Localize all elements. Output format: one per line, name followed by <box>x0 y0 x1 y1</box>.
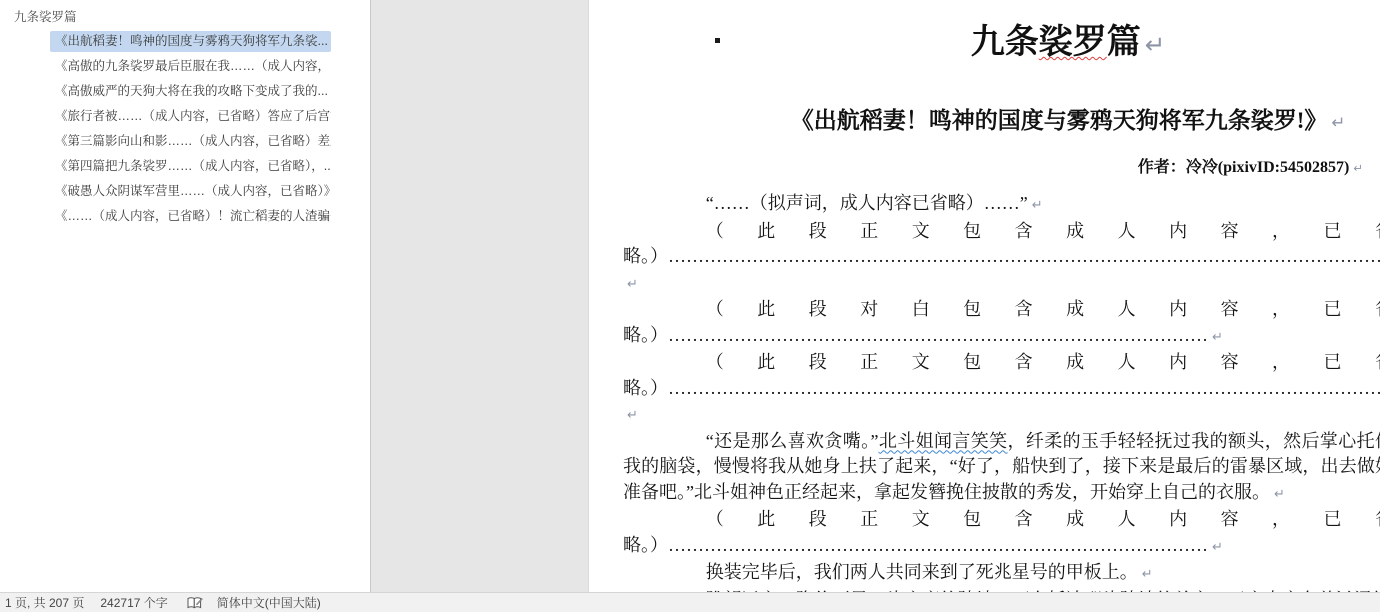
pilcrow-mark: ↵ <box>627 272 638 298</box>
text-run: 北斗姐闻言笑笑 <box>879 431 1008 451</box>
document-canvas: 九条裟罗篇↵ 《出航稻妻！鸣神的国度与雾鸦天狗将军九条裟罗!》↵ 作者：冷冷(p… <box>371 0 1380 593</box>
nav-item[interactable]: 《第四篇把九条裟罗……（成人内容，已省略），... <box>50 156 331 177</box>
text-run: 篇 <box>1107 24 1141 61</box>
pilcrow-mark: ↵ <box>627 403 638 429</box>
chapter-title: 《出航稻妻！鸣神的国度与雾鸦天狗将军九条裟罗!》↵ <box>683 106 1380 138</box>
nav-list: 《出航稻妻！鸣神的国度与雾鸦天狗将军九条裟...《高傲的九条裟罗最后臣服在我……… <box>0 31 370 227</box>
nav-item[interactable]: 《第三篇影向山和影……（成人内容，已省略）差点被发现，我变成... <box>50 131 331 152</box>
text-run: 换装完毕后，我们两人共同来到了死兆星号的甲板上。 <box>706 562 1138 582</box>
paragraph: “……（拟声词，成人内容已省略）……”↵ <box>623 191 1380 219</box>
paragraph: （此段正文包含成人内容，已省略。）……………………………………………………………… <box>623 350 1380 429</box>
nav-item[interactable]: 《高傲的九条裟罗最后臣服在我……（成人内容，已省略），... <box>50 56 331 77</box>
pilcrow-mark: ↵ <box>1032 193 1043 219</box>
pilcrow-mark: ↵ <box>1274 482 1285 508</box>
paragraph: （此段对白包含成人内容，已省略。）……………………………………………………………… <box>623 297 1380 350</box>
pilcrow-mark: ↵ <box>1212 535 1223 561</box>
pilcrow-mark: ↵ <box>1212 325 1223 351</box>
text-run: 裟罗 <box>1039 24 1107 61</box>
paragraph: “还是那么喜欢贪嘴。”北斗姐闻言笑笑，纤柔的玉手轻轻抚过我的额头，然后掌心托住我… <box>623 429 1380 508</box>
nav-item[interactable]: 《破愚人众阴谋军营里……（成人内容，已省略）》 <box>50 181 331 202</box>
language-status[interactable]: 简体中文(中国大陆) <box>215 594 323 611</box>
paragraph: 换装完毕后，我们两人共同来到了死兆星号的甲板上。↵ <box>623 560 1380 588</box>
nav-item[interactable]: 《高傲威严的天狗大将在我的攻略下变成了我的... <box>50 81 331 102</box>
pilcrow-mark: ↵ <box>1142 562 1153 588</box>
page-number-status[interactable]: 1 页, 共 207 页 <box>3 594 86 611</box>
text-run: “还是那么喜欢贪嘴。” <box>706 431 879 451</box>
text-run: （此段正文包含成人内容，已省略。）……………………………………………………………… <box>623 509 1380 555</box>
proofing-errors-icon[interactable] <box>186 596 203 610</box>
document-page[interactable]: 九条裟罗篇↵ 《出航稻妻！鸣神的国度与雾鸦天狗将军九条裟罗!》↵ 作者：冷冷(p… <box>588 0 1380 593</box>
body-paragraphs: “……（拟声词，成人内容已省略）……”↵（此段正文包含成人内容，已省略。）………… <box>623 191 1380 593</box>
status-bar: 1 页, 共 207 页 242717 个字 简体中文(中国大陆) <box>0 592 1380 612</box>
text-run: （此段对白包含成人内容，已省略。）……………………………………………………………… <box>623 299 1380 345</box>
text-run: （此段正文包含成人内容，已省略。）……………………………………………………………… <box>623 352 1380 398</box>
title-runs: 九条裟罗篇 <box>971 24 1141 61</box>
nav-item[interactable]: 《……（成人内容，已省略）！流亡稻妻的人渣骗子用低端... <box>50 206 331 227</box>
author-text: 作者：冷冷(pixivID:54502857) <box>1138 159 1350 176</box>
navigation-pane: 九条裟罗篇 《出航稻妻！鸣神的国度与雾鸦天狗将军九条裟...《高傲的九条裟罗最后… <box>0 0 371 593</box>
paragraph: （此段正文包含成人内容，已省略。）……………………………………………………………… <box>623 219 1380 298</box>
paragraph: （此段正文包含成人内容，已省略。）……………………………………………………………… <box>623 507 1380 560</box>
document-content: 九条裟罗篇↵ 《出航稻妻！鸣神的国度与雾鸦天狗将军九条裟罗!》↵ 作者：冷冷(p… <box>589 0 1380 593</box>
pilcrow-mark: ↵ <box>1331 108 1345 138</box>
text-run: （此段正文包含成人内容，已省略。）……………………………………………………………… <box>623 221 1380 267</box>
nav-item[interactable]: 《旅行者被……（成人内容，已省略）答应了后宫请求，随后设计... <box>50 106 331 127</box>
word-count-status[interactable]: 242717 个字 <box>98 594 169 611</box>
pilcrow-mark: ↵ <box>1353 157 1363 179</box>
pilcrow-mark: ↵ <box>1145 24 1166 66</box>
nav-item-selected[interactable]: 《出航稻妻！鸣神的国度与雾鸦天狗将军九条裟... <box>50 31 331 52</box>
document-title: 九条裟罗篇↵ <box>683 22 1380 66</box>
text-run: “……（拟声词，成人内容已省略）……” <box>706 193 1028 213</box>
chapter-title-text: 《出航稻妻！鸣神的国度与雾鸦天狗将军九条裟罗!》 <box>791 108 1328 133</box>
nav-pane-heading: 九条裟罗篇 <box>14 7 370 25</box>
text-run: 九条 <box>971 24 1039 61</box>
author-line: 作者：冷冷(pixivID:54502857)↵ <box>623 157 1380 179</box>
